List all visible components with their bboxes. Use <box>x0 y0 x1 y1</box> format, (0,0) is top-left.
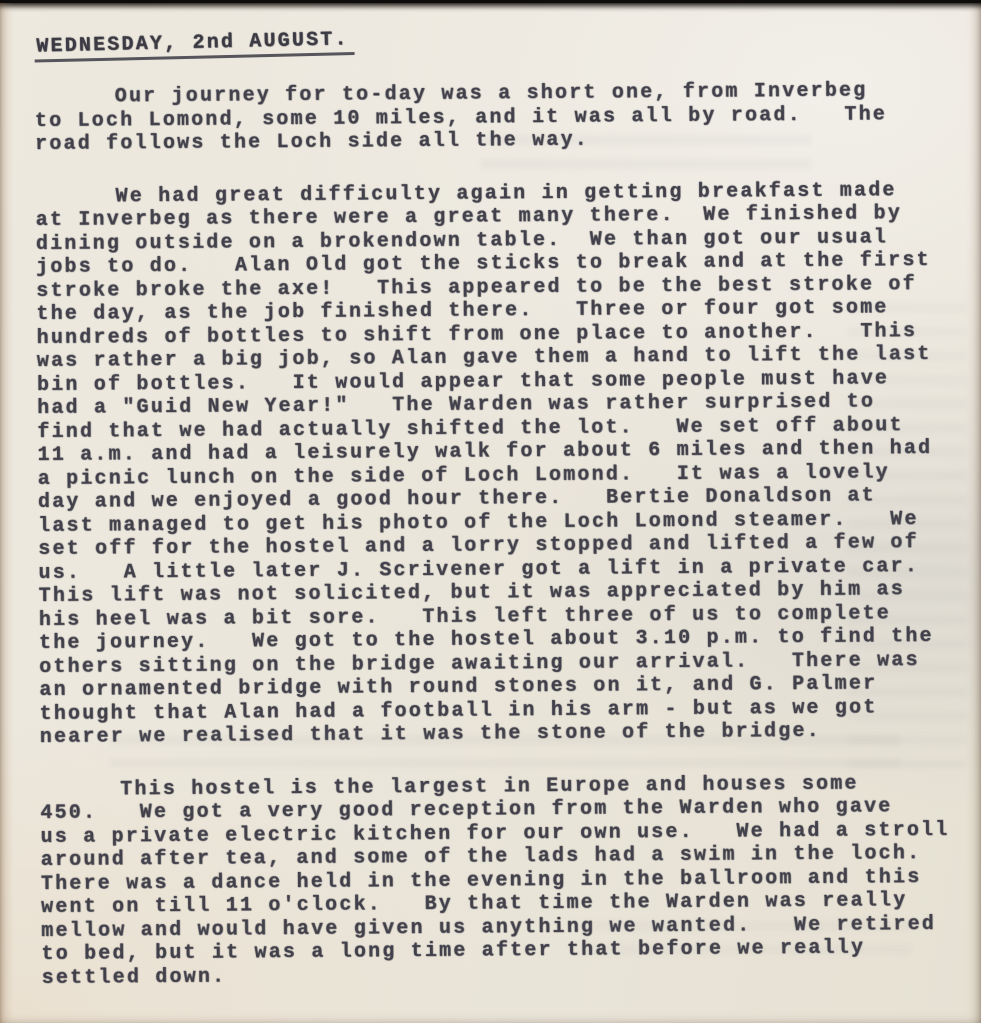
scanned-diary-page: WEDNESDAY, 2nd AUGUST. Our journey for t… <box>0 0 981 1023</box>
typewritten-sheet: WEDNESDAY, 2nd AUGUST. Our journey for t… <box>0 0 981 990</box>
paragraph-day-activities: We had great difficulty again in getting… <box>35 178 968 749</box>
paragraph-hostel-evening: This hostel is the largest in Europe and… <box>40 771 971 990</box>
paragraph-journey: Our journey for to-day was a short one, … <box>35 79 965 157</box>
entry-heading-row: WEDNESDAY, 2nd AUGUST. <box>34 13 963 60</box>
entry-heading: WEDNESDAY, 2nd AUGUST. <box>34 28 355 63</box>
